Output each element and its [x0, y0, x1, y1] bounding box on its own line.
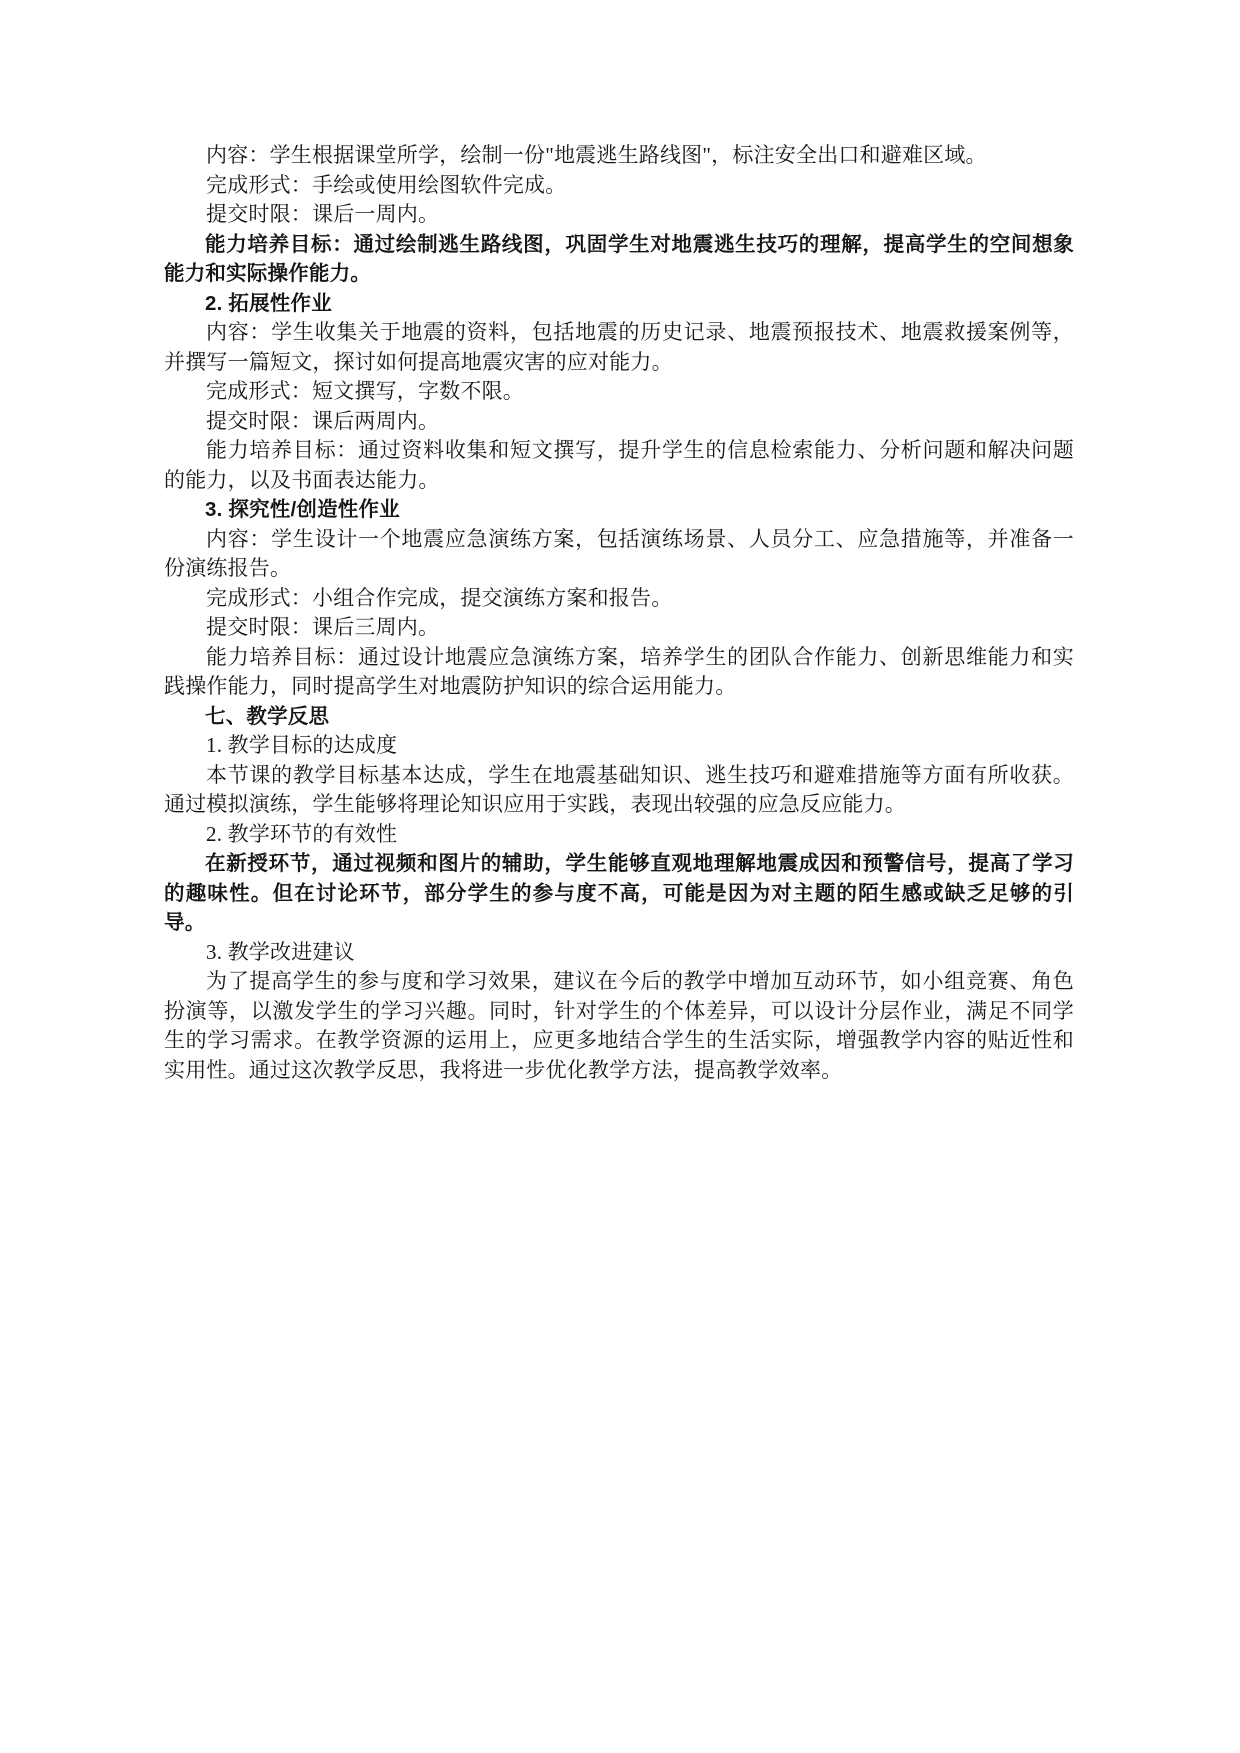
paragraph-assignment2-goal: 能力培养目标：通过资料收集和短文撰写，提升学生的信息检索能力、分析问题和解决问题… [164, 436, 1074, 495]
document-page: 内容：学生根据课堂所学，绘制一份"地震逃生路线图"，标注安全出口和避难区域。 完… [0, 0, 1240, 1753]
heading-assignment3: 3. 探究性/创造性作业 [164, 495, 1074, 525]
document-body: 内容：学生根据课堂所学，绘制一份"地震逃生路线图"，标注安全出口和避难区域。 完… [164, 141, 1074, 1085]
paragraph-assignment3-goal: 能力培养目标：通过设计地震应急演练方案，培养学生的团队合作能力、创新思维能力和实… [164, 643, 1074, 702]
paragraph-assignment1-content: 内容：学生根据课堂所学，绘制一份"地震逃生路线图"，标注安全出口和避难区域。 [164, 141, 1074, 171]
paragraph-reflection-point1-body: 本节课的教学目标基本达成，学生在地震基础知识、逃生技巧和避难措施等方面有所收获。… [164, 761, 1074, 820]
heading-reflection-point2: 2. 教学环节的有效性 [164, 820, 1074, 850]
paragraph-assignment2-content: 内容：学生收集关于地震的资料，包括地震的历史记录、地震预报技术、地震救援案例等，… [164, 318, 1074, 377]
paragraph-assignment3-format: 完成形式：小组合作完成，提交演练方案和报告。 [164, 584, 1074, 614]
heading-reflection-point3: 3. 教学改进建议 [164, 938, 1074, 968]
paragraph-assignment1-deadline: 提交时限：课后一周内。 [164, 200, 1074, 230]
heading-teaching-reflection: 七、教学反思 [164, 702, 1074, 732]
paragraph-assignment3-deadline: 提交时限：课后三周内。 [164, 613, 1074, 643]
heading-reflection-point1: 1. 教学目标的达成度 [164, 731, 1074, 761]
paragraph-assignment2-deadline: 提交时限：课后两周内。 [164, 407, 1074, 437]
paragraph-assignment1-format: 完成形式：手绘或使用绘图软件完成。 [164, 171, 1074, 201]
heading-assignment2: 2. 拓展性作业 [164, 289, 1074, 319]
paragraph-assignment1-goal: 能力培养目标：通过绘制逃生路线图，巩固学生对地震逃生技巧的理解，提高学生的空间想… [164, 230, 1074, 289]
paragraph-reflection-point2-body: 在新授环节，通过视频和图片的辅助，学生能够直观地理解地震成因和预警信号，提高了学… [164, 849, 1074, 938]
paragraph-assignment2-format: 完成形式：短文撰写，字数不限。 [164, 377, 1074, 407]
paragraph-reflection-point3-body: 为了提高学生的参与度和学习效果，建议在今后的教学中增加互动环节，如小组竞赛、角色… [164, 967, 1074, 1085]
paragraph-assignment3-content: 内容：学生设计一个地震应急演练方案，包括演练场景、人员分工、应急措施等，并准备一… [164, 525, 1074, 584]
